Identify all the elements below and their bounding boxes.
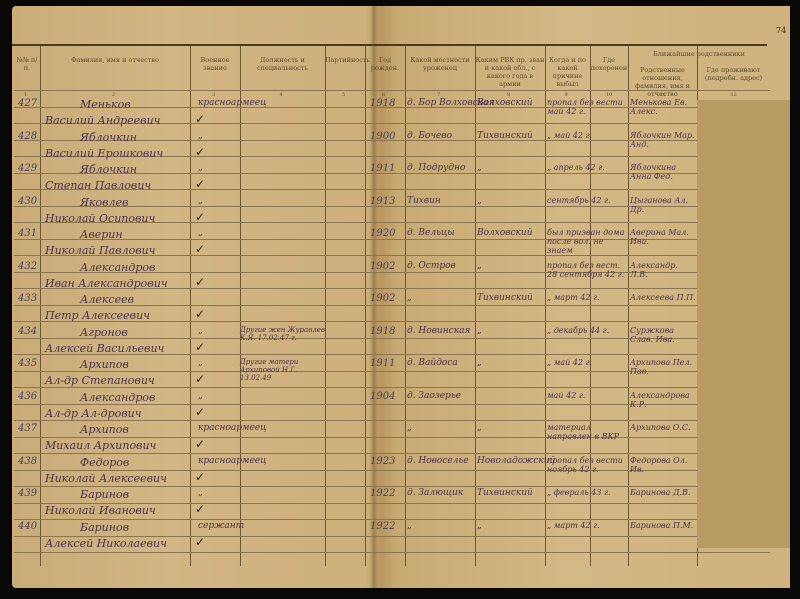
reason: пропал без вести май 42 г. bbox=[547, 98, 627, 116]
row-number: 435 bbox=[18, 358, 37, 369]
position: Другие матери Архиповой Н.Г. 13.02.49 bbox=[240, 358, 325, 382]
surname: Яблочкин bbox=[80, 163, 137, 176]
birth-year: 1902 bbox=[370, 261, 395, 272]
reason: май 42 г. bbox=[547, 391, 627, 400]
rvk: Тихвинский bbox=[477, 293, 533, 303]
relative: Архипова Пел. Пав. bbox=[630, 358, 696, 376]
header-col1: №№ п/п. bbox=[14, 56, 40, 72]
header-col8: Каким РВК пр. зван и какой обл., с каког… bbox=[475, 56, 545, 88]
relative: Баринова П.М. bbox=[630, 521, 696, 530]
reason: „ май 42 г. bbox=[547, 131, 627, 140]
column-rule bbox=[240, 46, 241, 566]
relative: Баринова Д.В. bbox=[630, 488, 696, 497]
given-names: Ал-др Ал-дрович bbox=[45, 407, 142, 420]
column-number: 4 bbox=[280, 92, 283, 98]
rvk: Новоладожский bbox=[477, 456, 555, 466]
reason: пропал без вест. 28 сентября 42 г. bbox=[547, 261, 627, 279]
surname: Баринов bbox=[80, 521, 129, 534]
military-rank: „ bbox=[198, 358, 203, 368]
check-mark: ✓ bbox=[195, 145, 205, 159]
header-col2: Фамилия, имя и отчество bbox=[40, 56, 190, 64]
relative: Аверина Мал. Ива. bbox=[630, 228, 696, 246]
birth-year: 1923 bbox=[370, 456, 395, 467]
row-rule bbox=[14, 486, 770, 487]
surname: Федоров bbox=[80, 456, 129, 469]
birth-year: 1918 bbox=[370, 326, 395, 337]
header-col12: Где проживают (подробн. адрес) bbox=[697, 66, 770, 82]
birth-year: 1922 bbox=[370, 488, 395, 499]
row-rule bbox=[14, 90, 770, 91]
header-col3: Военное звание bbox=[190, 56, 240, 72]
reason: материал направлен в ВКР bbox=[547, 423, 627, 441]
table-top-rule bbox=[12, 44, 767, 46]
relative: Федорова Ол. Ив. bbox=[630, 456, 696, 474]
relative: Яблочкина Анна Фед. bbox=[630, 163, 696, 181]
surname: Баринов bbox=[80, 488, 129, 501]
check-mark: ✓ bbox=[195, 275, 205, 289]
given-names: Алексей Васильевич bbox=[45, 342, 164, 355]
given-names: Николай Осипович bbox=[45, 212, 155, 225]
relative: Меньковa Ев. Алекс. bbox=[630, 98, 696, 116]
relative: Суржкова Слав. Ива. bbox=[630, 326, 696, 344]
origin: д. Вайдоса bbox=[407, 358, 458, 368]
reason: „ апрель 42 г. bbox=[547, 163, 627, 172]
header-col5: Партийность bbox=[325, 56, 365, 64]
reason: „ май 42 г. bbox=[547, 358, 627, 367]
column-rule bbox=[405, 46, 406, 566]
column-rule bbox=[545, 46, 546, 566]
scan-edge bbox=[790, 0, 800, 599]
given-names: Петр Алексеевич bbox=[45, 309, 150, 322]
header-relatives-group: Ближайшие родственники bbox=[628, 50, 770, 58]
birth-year: 1911 bbox=[370, 358, 395, 369]
origin: д. Залющик bbox=[407, 488, 463, 498]
reason: был призван дома после вол. не знаем bbox=[547, 228, 627, 255]
row-rule bbox=[14, 387, 770, 388]
header-col4: Должность и специальность bbox=[240, 56, 325, 72]
military-rank: „ bbox=[198, 488, 203, 498]
check-mark: ✓ bbox=[195, 307, 205, 321]
column-rule bbox=[190, 46, 191, 566]
rvk: „ bbox=[477, 163, 482, 173]
row-rule bbox=[14, 453, 770, 454]
surname: Яковлев bbox=[80, 196, 128, 209]
column-rule bbox=[628, 46, 629, 566]
given-names: Николай Алексеевич bbox=[45, 472, 167, 485]
reason: „ март 42 г. bbox=[547, 521, 627, 530]
rvk: „ bbox=[477, 423, 482, 433]
surname: Александров bbox=[80, 261, 155, 274]
row-rule bbox=[14, 420, 770, 421]
surname: Александров bbox=[80, 391, 155, 404]
reason: сентябрь 42 г. bbox=[547, 196, 627, 205]
origin: д. Новинская bbox=[407, 326, 470, 336]
military-rank: красноармеец bbox=[198, 423, 266, 433]
column-number: 12 bbox=[731, 92, 737, 98]
check-mark: ✓ bbox=[195, 405, 205, 419]
row-number: 431 bbox=[18, 228, 37, 239]
birth-year: 1918 bbox=[370, 98, 395, 109]
row-number: 438 bbox=[18, 456, 37, 467]
relative: Александрова К.Р. bbox=[630, 391, 696, 409]
relative: Алексеева П.П. bbox=[630, 293, 696, 302]
header-col9: Когда и по какой причине выбыл bbox=[545, 56, 590, 88]
birth-year: 1904 bbox=[370, 391, 395, 402]
rvk: Волховский bbox=[477, 228, 533, 238]
rvk: „ bbox=[477, 261, 482, 271]
row-rule bbox=[14, 437, 770, 438]
surname: Архипов bbox=[80, 423, 129, 436]
row-number: 428 bbox=[18, 131, 37, 142]
rvk: „ bbox=[477, 196, 482, 206]
rvk: Волховский bbox=[477, 98, 533, 108]
row-number: 440 bbox=[18, 521, 37, 532]
origin: „ bbox=[407, 293, 412, 303]
reason: „ март 42 г. bbox=[547, 293, 627, 302]
column-rule bbox=[475, 46, 476, 566]
column-number: 5 bbox=[342, 92, 345, 98]
reason: „ декабрь 44 г. bbox=[547, 326, 627, 335]
reason: пропал без вести ноябрь 42 г. bbox=[547, 456, 627, 474]
page-number: 74 bbox=[776, 26, 786, 35]
header-col6: Год рожден. bbox=[365, 56, 405, 72]
military-rank: сержант bbox=[198, 521, 244, 531]
check-mark: ✓ bbox=[195, 177, 205, 191]
given-names: Алексей Николаевич bbox=[45, 537, 167, 550]
birth-year: 1920 bbox=[370, 228, 395, 239]
military-rank: „ bbox=[198, 196, 203, 206]
birth-year: 1902 bbox=[370, 293, 395, 304]
check-mark: ✓ bbox=[195, 372, 205, 386]
given-names: Ал-др Степанович bbox=[45, 374, 155, 387]
check-mark: ✓ bbox=[195, 437, 205, 451]
surname: Яблочкин bbox=[80, 131, 137, 144]
relative: Цыганова Ал. Др. bbox=[630, 196, 696, 214]
check-mark: ✓ bbox=[195, 340, 205, 354]
relative: Яблочкин Мар. Анд. bbox=[630, 131, 696, 149]
row-number: 434 bbox=[18, 326, 37, 337]
military-rank: „ bbox=[198, 228, 203, 238]
surname: Аверин bbox=[80, 228, 123, 241]
column-rule bbox=[325, 46, 326, 566]
reason: „ февраль 43 г. bbox=[547, 488, 627, 497]
origin: д. Заозерье bbox=[407, 391, 461, 401]
military-rank: „ bbox=[198, 326, 203, 336]
birth-year: 1900 bbox=[370, 131, 395, 142]
military-rank: „ bbox=[198, 163, 203, 173]
birth-year: 1922 bbox=[370, 521, 395, 532]
origin: д. Подрудно bbox=[407, 163, 465, 173]
row-number: 433 bbox=[18, 293, 37, 304]
header-col7: Какой местности уроженец bbox=[405, 56, 475, 72]
birth-year: 1911 bbox=[370, 163, 395, 174]
surname: Агронов bbox=[80, 326, 128, 339]
origin: д. Новоселье bbox=[407, 456, 469, 466]
given-names: Иван Александрович bbox=[45, 277, 168, 290]
rvk: Тихвинский bbox=[477, 131, 533, 141]
given-names: Василий Ерошкович bbox=[45, 147, 163, 160]
given-names: Николай Павлович bbox=[45, 244, 156, 257]
rvk: „ bbox=[477, 521, 482, 531]
check-mark: ✓ bbox=[195, 502, 205, 516]
military-rank: красноармеец bbox=[198, 98, 266, 108]
row-number: 429 bbox=[18, 163, 37, 174]
position: Другие жен Журавлев К.Я. 17.02.47 г. bbox=[240, 326, 325, 342]
row-number: 439 bbox=[18, 488, 37, 499]
rvk: „ bbox=[477, 358, 482, 368]
check-mark: ✓ bbox=[195, 210, 205, 224]
check-mark: ✓ bbox=[195, 470, 205, 484]
military-rank: „ bbox=[198, 131, 203, 141]
rvk: Тихвинский bbox=[477, 488, 533, 498]
column-rule bbox=[40, 46, 41, 566]
origin: д. Бочево bbox=[407, 131, 452, 141]
military-rank: „ bbox=[198, 391, 203, 401]
row-number: 437 bbox=[18, 423, 37, 434]
check-mark: ✓ bbox=[195, 112, 205, 126]
header-col10: Где похоронен bbox=[590, 56, 628, 72]
origin: „ bbox=[407, 521, 412, 531]
check-mark: ✓ bbox=[195, 535, 205, 549]
origin: Тихвин bbox=[407, 196, 441, 206]
row-number: 427 bbox=[18, 98, 37, 109]
origin: д. Вельцы bbox=[407, 228, 455, 238]
redaction-overlay bbox=[697, 100, 800, 548]
check-mark: ✓ bbox=[195, 242, 205, 256]
row-rule bbox=[14, 552, 770, 553]
row-number: 436 bbox=[18, 391, 37, 402]
origin: д. Остров bbox=[407, 261, 456, 271]
surname: Меньков bbox=[80, 98, 131, 111]
given-names: Михаил Архипович bbox=[45, 439, 156, 452]
given-names: Василий Андреевич bbox=[45, 114, 161, 127]
surname: Архипов bbox=[80, 358, 129, 371]
surname: Алексеев bbox=[80, 293, 134, 306]
column-rule bbox=[365, 46, 366, 566]
given-names: Степан Павлович bbox=[45, 179, 151, 192]
relative: Александр. Л.В. bbox=[630, 261, 696, 279]
row-number: 432 bbox=[18, 261, 37, 272]
birth-year: 1913 bbox=[370, 196, 395, 207]
row-number: 430 bbox=[18, 196, 37, 207]
rvk: „ bbox=[477, 326, 482, 336]
military-rank: красноармеец bbox=[198, 456, 266, 466]
origin: „ bbox=[407, 423, 412, 433]
relative: Архипова О.С. bbox=[630, 423, 696, 432]
given-names: Николай Иванович bbox=[45, 504, 156, 517]
